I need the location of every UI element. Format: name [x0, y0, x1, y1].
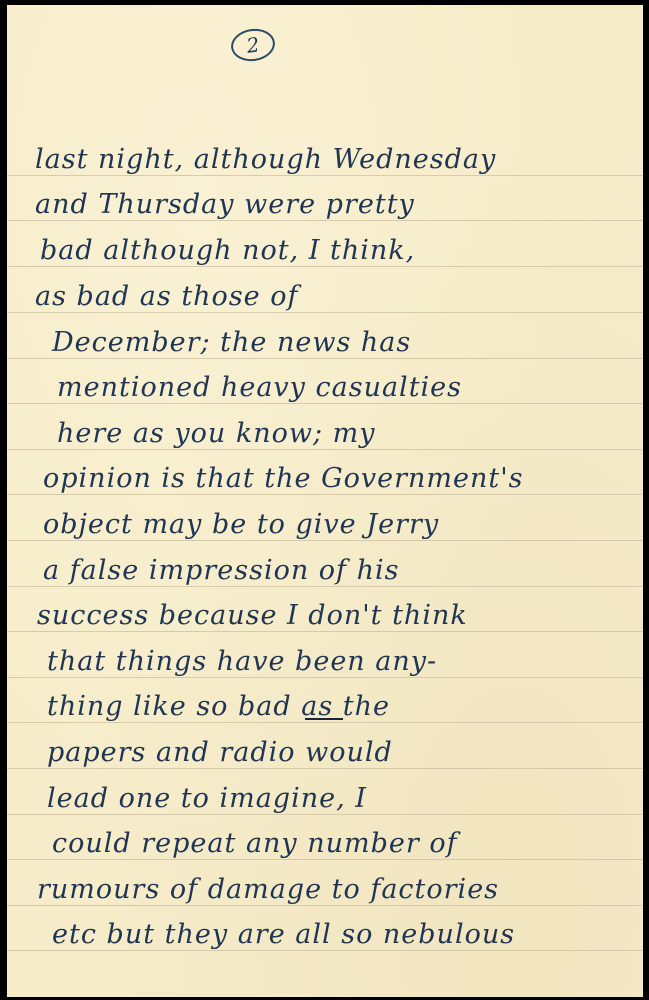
- text-line: last night, although Wednesday: [35, 140, 643, 180]
- text-line: and Thursday were pretty: [35, 185, 643, 225]
- page-number: 2: [229, 26, 277, 64]
- text-line: a false impression of his: [43, 551, 643, 591]
- text-line: opinion is that the Government's: [43, 459, 643, 499]
- text-line: papers and radio would: [47, 733, 643, 773]
- text-line: bad although not, I think,: [40, 231, 643, 271]
- page-number-text: 2: [245, 32, 261, 58]
- text-line: here as you know; my: [57, 414, 643, 454]
- text-line-underlined: thing like so bad as the: [47, 687, 643, 727]
- text-line: mentioned heavy casualties: [57, 368, 643, 408]
- letter-page: 2 last night, although Wednesday and Thu…: [7, 5, 643, 997]
- text-line: that things have been any-: [47, 642, 643, 682]
- text-line: lead one to imagine, I: [47, 779, 643, 819]
- text-line: etc but they are all so nebulous: [52, 915, 643, 955]
- text-line: object may be to give Jerry: [43, 505, 643, 545]
- underline-mark: [305, 718, 343, 720]
- text-line: could repeat any number of: [52, 824, 643, 864]
- text-line: success because I don't think: [37, 596, 643, 636]
- text-line: December; the news has: [52, 323, 643, 363]
- text-line: as bad as those of: [35, 277, 643, 317]
- text-line: rumours of damage to factories: [37, 870, 643, 910]
